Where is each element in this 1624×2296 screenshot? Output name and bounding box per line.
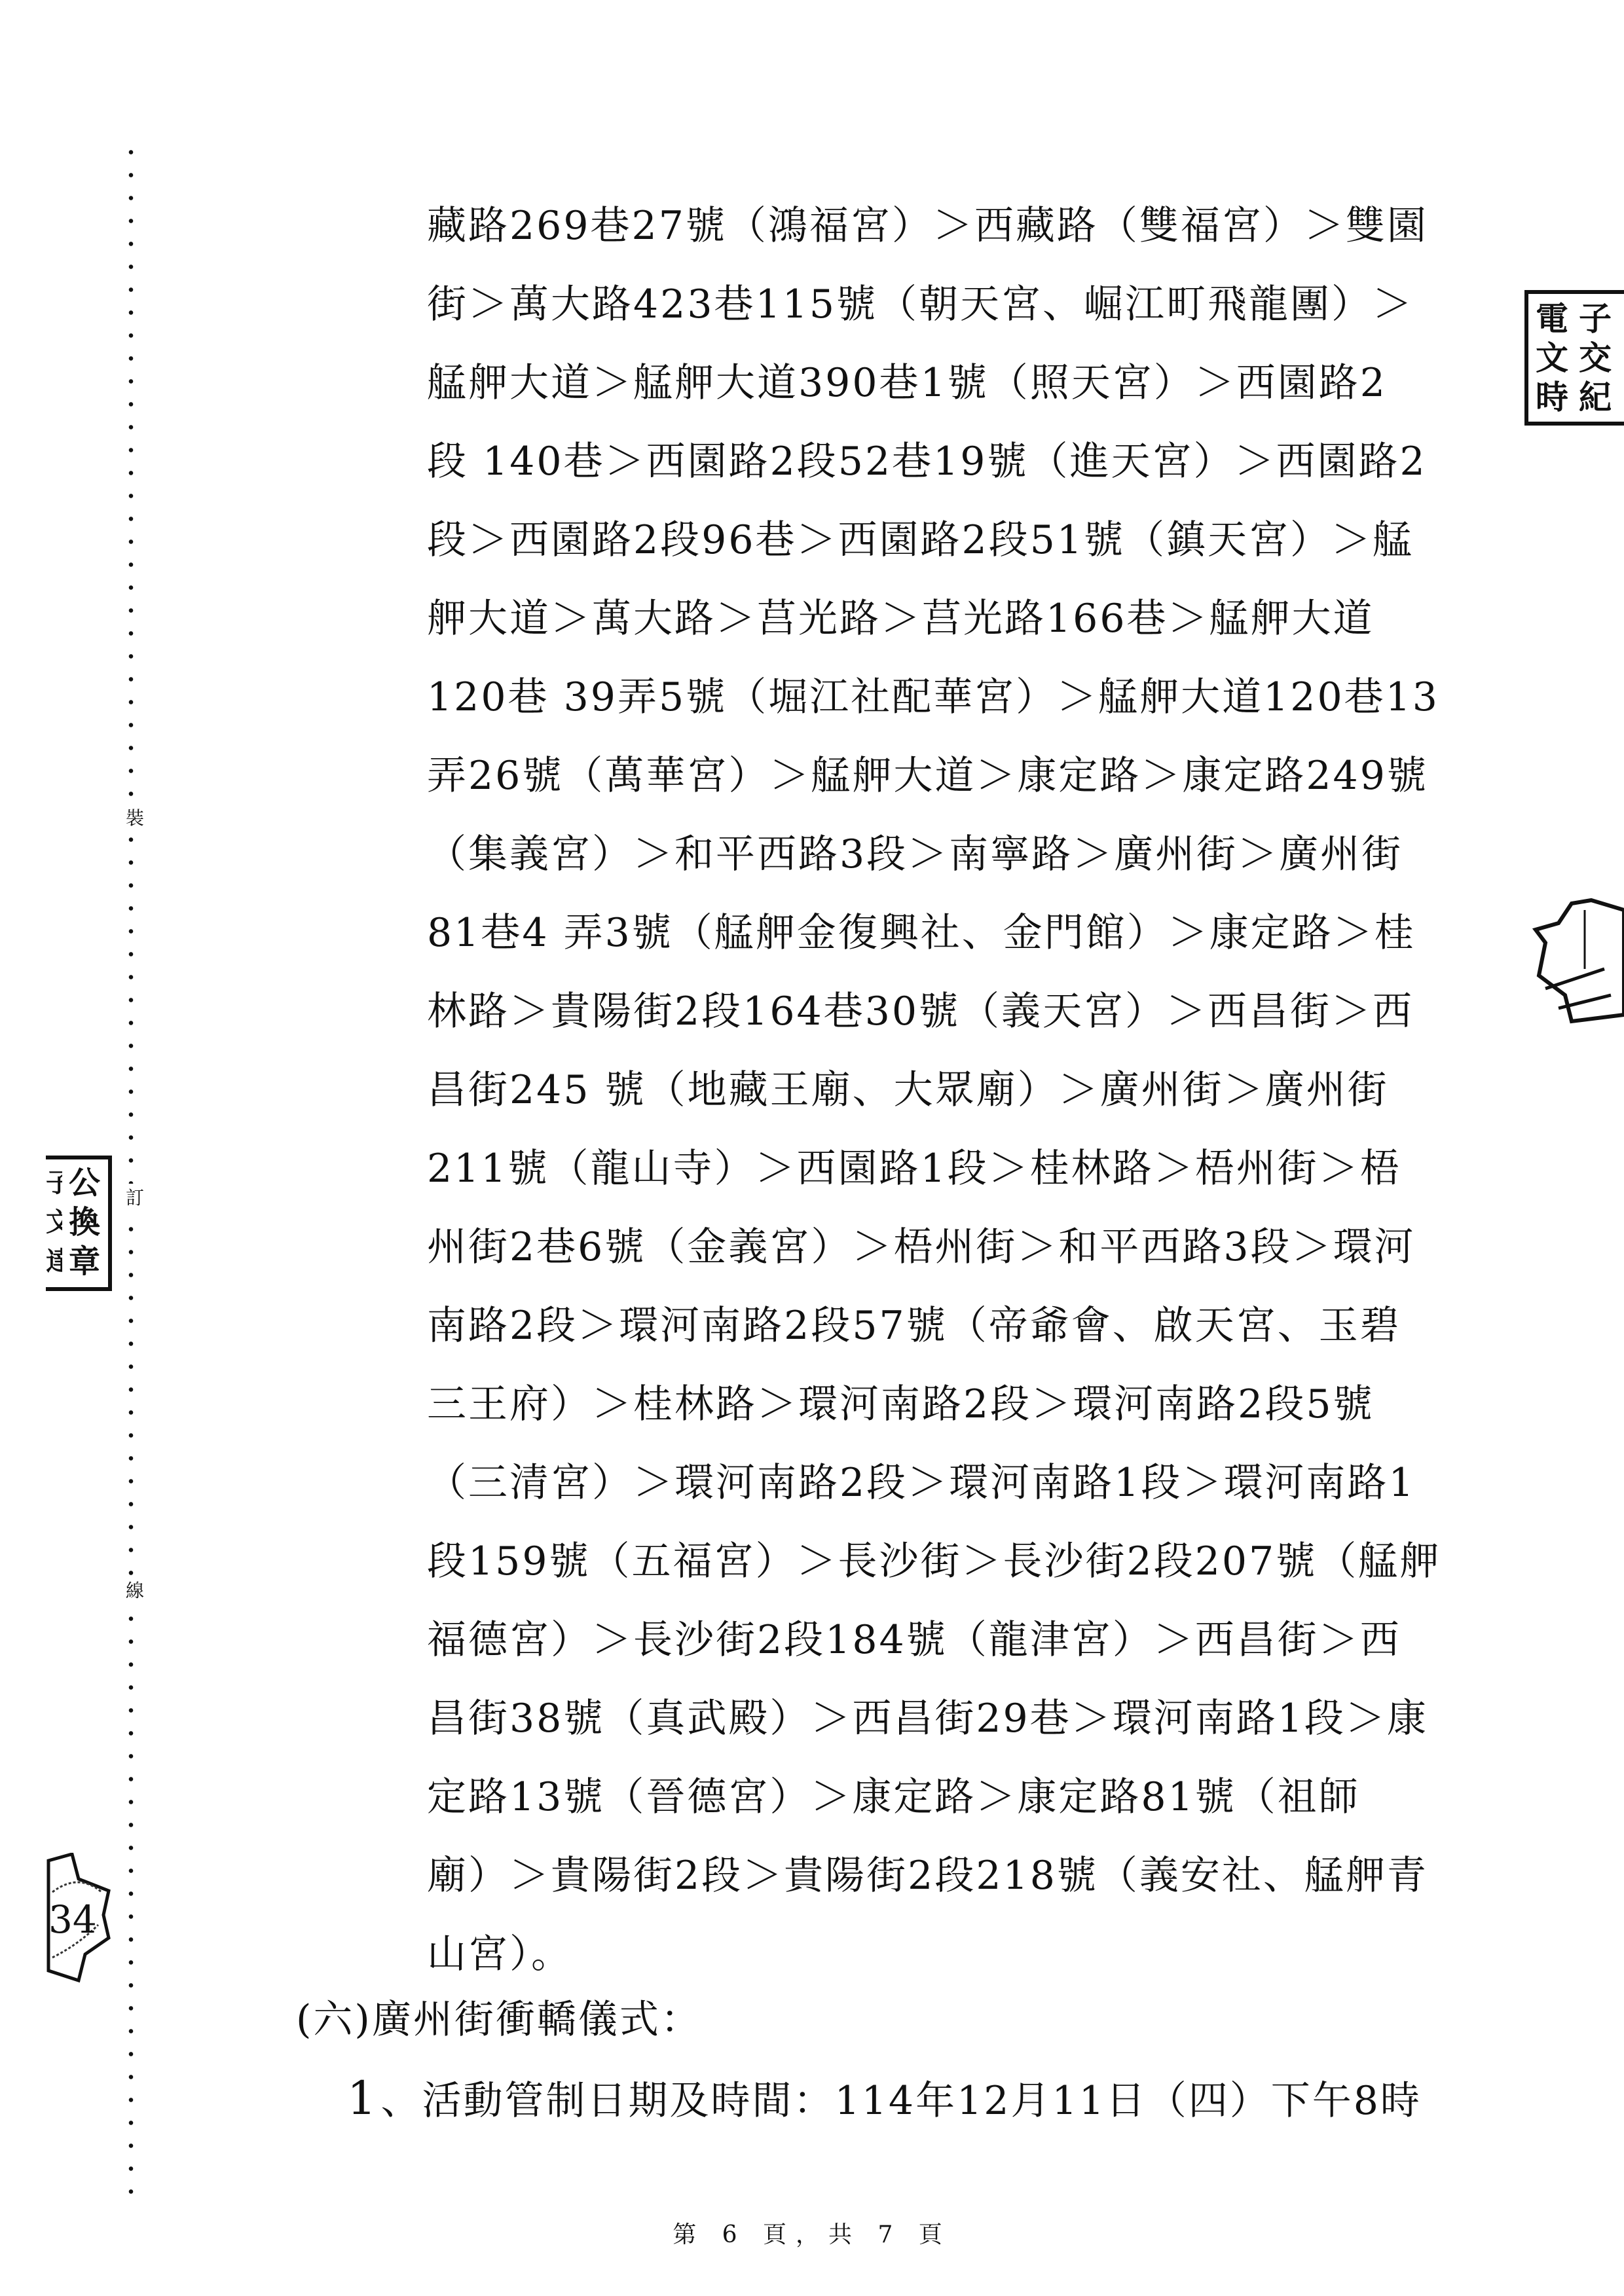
route-line: 段159號（五福宮）＞長沙街＞長沙街2段207號（艋舺	[427, 1532, 1475, 1611]
document-page: 裝 訂 線 子 文 達 公 換 章 34 電 文 時 子 交	[0, 0, 1624, 2296]
section-heading: (六)廣州街衝轎儀式：	[296, 1990, 702, 2049]
exchange-stamp-left: 子 文 達 公 換 章	[46, 1156, 112, 1291]
route-line: 定路13號（晉德宮）＞康定路＞康定路81號（祖師	[427, 1768, 1475, 1846]
route-line: 街＞萬大路423巷115號（朝天宮、崛江町飛龍團）＞	[427, 275, 1475, 354]
binding-dotted-line	[128, 141, 134, 2203]
item-number: 1	[347, 2071, 378, 2125]
route-line: 段＞西園路2段96巷＞西園路2段51號（鎮天宮）＞艋	[427, 511, 1475, 589]
route-paragraph: 藏路269巷27號（鴻福宮）＞西藏路（雙福宮）＞雙園 街＞萬大路423巷115號…	[427, 196, 1475, 2003]
stamp-tr-col2: 子 交 紀	[1576, 299, 1615, 417]
seal-stamp-right	[1532, 897, 1624, 1028]
route-line: 州街2巷6號（金義宮）＞梧州街＞和平西路3段＞環河	[427, 1218, 1475, 1296]
stamp-tr-col1: 電 文 時	[1532, 299, 1572, 417]
route-line: 81巷4 弄3號（艋舺金復興社、金門館）＞康定路＞桂	[427, 903, 1475, 982]
binding-char-xian: 線	[122, 1576, 148, 1605]
route-line: 艋舺大道＞艋舺大道390巷1號（照天宮）＞西園路2	[427, 354, 1475, 432]
binding-char-zhuang: 裝	[122, 804, 148, 833]
page-indicator: 第 6 頁，共 7 頁	[0, 2216, 1624, 2250]
seal-stamp-left: 34	[46, 1853, 111, 1984]
list-item-1: 1、活動管制日期及時間：114年12月11日（四）下午8時	[347, 2069, 1422, 2130]
seal-number: 34	[48, 1897, 97, 1942]
route-line: 昌街38號（真武殿）＞西昌街29巷＞環河南路1段＞康	[427, 1689, 1475, 1768]
route-line: 藏路269巷27號（鴻福宮）＞西藏路（雙福宮）＞雙園	[427, 196, 1475, 275]
route-line: 南路2段＞環河南路2段57號（帝爺會、啟天宮、玉碧	[427, 1296, 1475, 1375]
route-line: 段 140巷＞西園路2段52巷19號（進天宮）＞西園路2	[427, 432, 1475, 511]
item-text: 、活動管制日期及時間：114年12月11日（四）下午8時	[381, 2078, 1422, 2124]
stamp-left-col1: 子 文 達	[46, 1163, 62, 1281]
route-line: 120巷 39弄5號（堀江社配華宮）＞艋舺大道120巷13	[427, 668, 1475, 746]
exchange-stamp-top-right: 電 文 時 子 交 紀	[1524, 290, 1624, 426]
route-line: 舺大道＞萬大路＞莒光路＞莒光路166巷＞艋舺大道	[427, 589, 1475, 668]
route-line: （集義宮）＞和平西路3段＞南寧路＞廣州街＞廣州街	[427, 825, 1475, 903]
binding-char-ding: 訂	[122, 1184, 148, 1212]
route-line: 三王府）＞桂林路＞環河南路2段＞環河南路2段5號	[427, 1375, 1475, 1453]
stamp-left-col2: 公 換 章	[65, 1163, 103, 1281]
route-line: 福德宮）＞長沙街2段184號（龍津宮）＞西昌街＞西	[427, 1611, 1475, 1689]
route-line: 211號（龍山寺）＞西園路1段＞桂林路＞梧州街＞梧	[427, 1139, 1475, 1218]
route-line: 廟）＞貴陽街2段＞貴陽街2段218號（義安社、艋舺青	[427, 1846, 1475, 1925]
route-line: 弄26號（萬華宮）＞艋舺大道＞康定路＞康定路249號	[427, 746, 1475, 825]
route-line: （三清宮）＞環河南路2段＞環河南路1段＞環河南路1	[427, 1453, 1475, 1532]
route-line: 昌街245 號（地藏王廟、大眾廟）＞廣州街＞廣州街	[427, 1061, 1475, 1139]
route-line: 林路＞貴陽街2段164巷30號（義天宮）＞西昌街＞西	[427, 982, 1475, 1061]
